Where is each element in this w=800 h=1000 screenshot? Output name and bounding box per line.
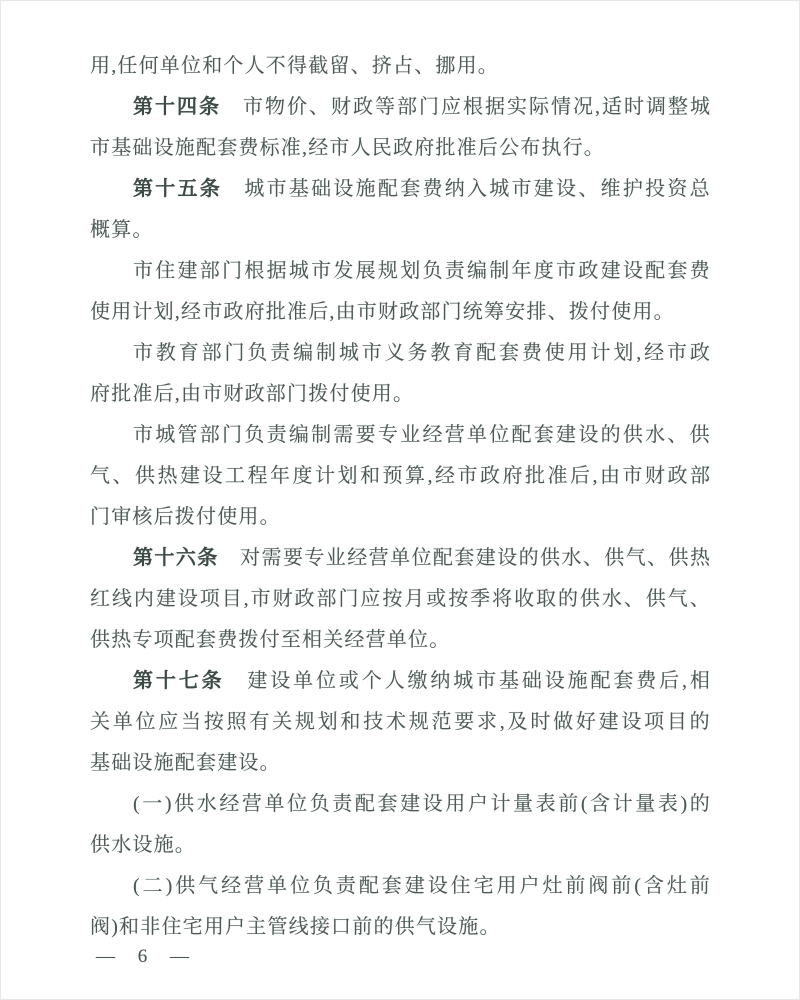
page-number: — 6 — [96,942,191,972]
text-line: 供热专项配套费拨付至相关经营单位。 [90,620,710,661]
text-line: 关单位应当按照有关规划和技术规范要求,及时做好建设项目的 [90,702,710,743]
text-line: 使用计划,经市政府批准后,由市财政部门统筹安排、拨付使用。 [90,292,710,333]
text-line: 第十五条城市基础设施配套费纳入城市建设、维护投资总 [90,169,710,210]
text-line: 用,任何单位和个人不得截留、挤占、挪用。 [90,46,710,87]
document-page: 用,任何单位和个人不得截留、挤占、挪用。第十四条市物价、财政等部门应根据实际情况… [0,0,800,1000]
text-line: 第十四条市物价、财政等部门应根据实际情况,适时调整城 [90,87,710,128]
text-line: 供水设施。 [90,825,710,866]
text-line: 市住建部门根据城市发展规划负责编制年度市政建设配套费 [90,251,710,292]
text-line: 府批准后,由市财政部门拨付使用。 [90,374,710,415]
text-line: 市城管部门负责编制需要专业经营单位配套建设的供水、供 [90,415,710,456]
text-line: 红线内建设项目,市财政部门应按月或按季将收取的供水、供气、 [90,579,710,620]
text-line: 市基础设施配套费标准,经市人民政府批准后公布执行。 [90,128,710,169]
text-line: 概算。 [90,210,710,251]
text-line: 第十七条建设单位或个人缴纳城市基础设施配套费后,相 [90,661,710,702]
text-line: (二)供气经营单位负责配套建设住宅用户灶前阀前(含灶前 [90,866,710,907]
text-line: 第十六条对需要专业经营单位配套建设的供水、供气、供热 [90,538,710,579]
text-line: 门审核后拨付使用。 [90,497,710,538]
text-line: 市教育部门负责编制城市义务教育配套费使用计划,经市政 [90,333,710,374]
text-line: 气、供热建设工程年度计划和预算,经市政府批准后,由市财政部 [90,456,710,497]
text-line: 基础设施配套建设。 [90,743,710,784]
text-line: (一)供水经营单位负责配套建设用户计量表前(含计量表)的 [90,784,710,825]
document-body: 用,任何单位和个人不得截留、挤占、挪用。第十四条市物价、财政等部门应根据实际情况… [90,46,710,948]
